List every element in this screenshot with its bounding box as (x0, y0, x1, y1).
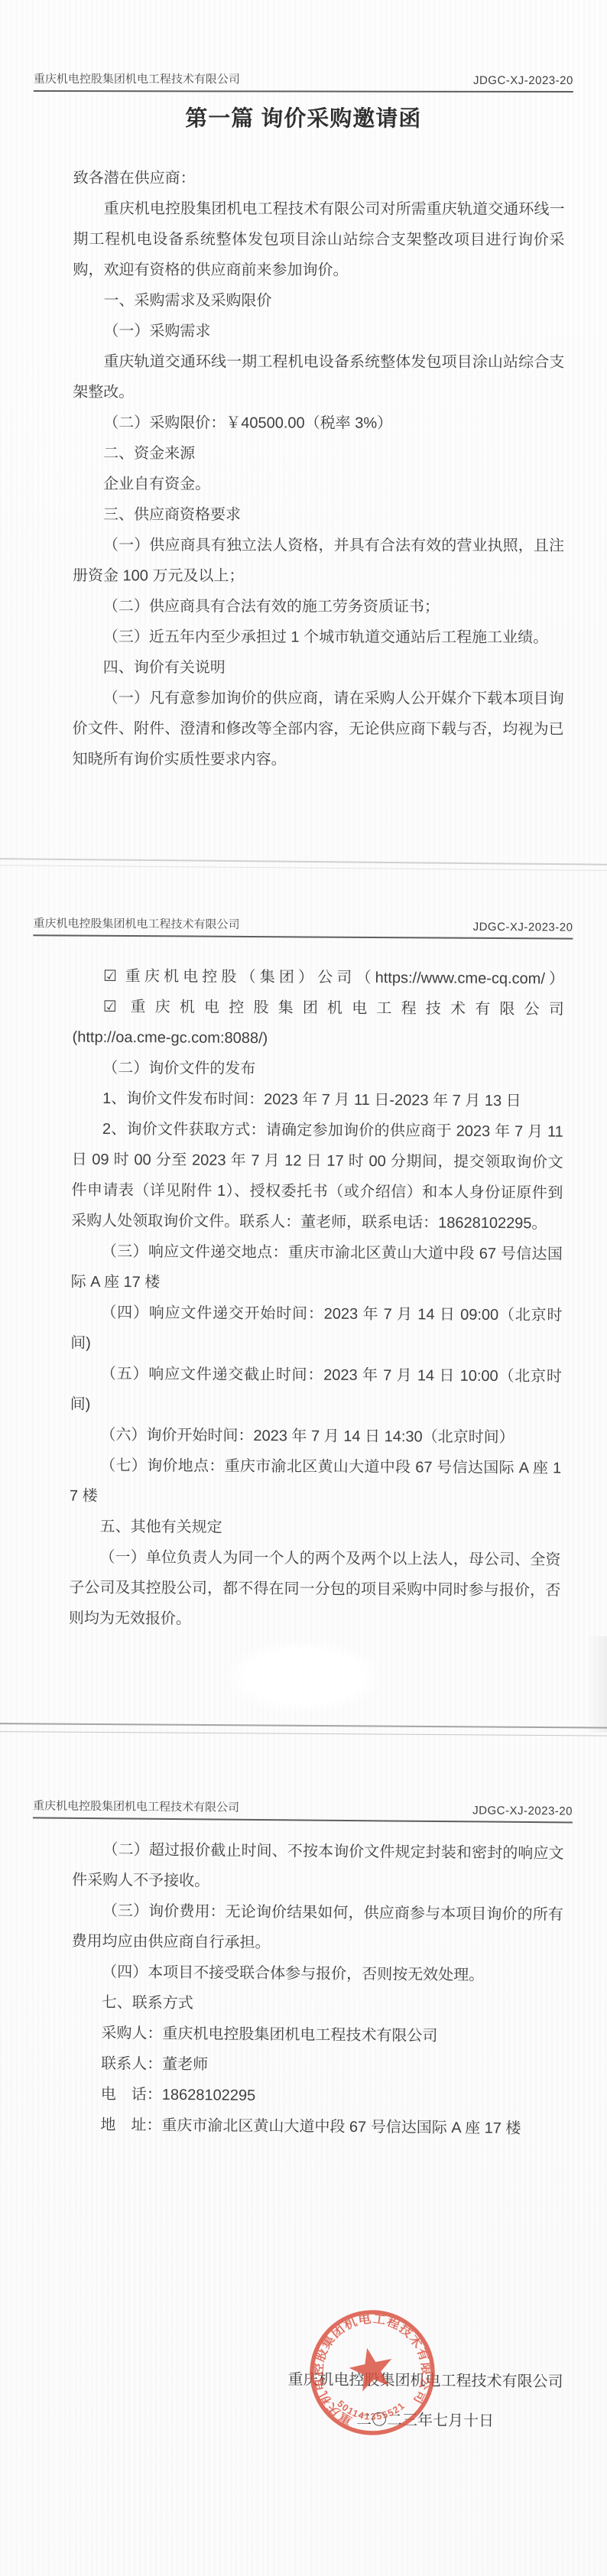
paragraph: （七）询价地点：重庆市渝北区黄山大道中段 67 号信达国际 A 座 17 楼 (70, 1450, 561, 1515)
page-3-body: （二）超过报价截止时间、不按本询价文件规定封装和密封的响应文件采购人不予接收。（… (0, 1834, 606, 2145)
paragraph: 联系人：董老师 (70, 2048, 562, 2084)
header-doc-number: JDGC-XJ-2023-20 (473, 921, 573, 934)
paragraph: 采购人：重庆机电控股集团机电工程技术有限公司 (70, 2018, 562, 2053)
header-doc-number: JDGC-XJ-2023-20 (472, 1804, 573, 1817)
scan-light-spot (229, 1642, 378, 1711)
paragraph: 三、供应商资格要求 (73, 499, 564, 531)
paragraph: ☑ 重庆机电控股集团机电工程技术有限公司 (73, 992, 564, 1025)
page-2-header: 重庆机电控股集团机电工程技术有限公司 JDGC-XJ-2023-20 (33, 861, 573, 939)
paragraph: （六）询价开始时间：2023 年 7 月 14 日 14:30（北京时间） (70, 1420, 561, 1454)
signature-company: 重庆机电控股集团机电工程技术有限公司 (272, 2360, 578, 2402)
paragraph: ☑ 重庆机电控股（集团）公司（https://www.cme-cq.com/） (73, 961, 564, 995)
paragraph: (http://oa.cme-gc.com:8088/) (72, 1022, 563, 1056)
paragraph: 致各潜在供应商： (73, 163, 565, 194)
signature-block: 重庆机电控股集团机电工程技术有限公司 二〇二三年七月十日 (272, 2360, 579, 2441)
paragraph: 企业自有资金。 (73, 469, 564, 500)
paragraph: （二）采购限价：￥40500.00（税率 3%） (73, 408, 564, 439)
scanned-document: 重庆机电控股集团机电工程技术有限公司 JDGC-XJ-2023-20 第一篇 询… (0, 0, 607, 2576)
page-2-body: ☑ 重庆机电控股（集团）公司（https://www.cme-cq.com/）☑… (0, 960, 606, 1637)
paragraph: 四、询价有关说明 (73, 652, 564, 684)
paragraph: （二）询价文件的发布 (72, 1053, 563, 1087)
paragraph: 重庆轨道交通环线一期工程机电设备系统整体发包项目涂山站综合支架整改。 (73, 346, 564, 408)
paragraph: （一）采购需求 (73, 316, 564, 347)
paragraph: 2、询价文件获取方式：请确定参加询价的供应商于 2023 年 7 月 11 日 … (71, 1114, 563, 1239)
paragraph: 一、采购需求及采购限价 (73, 285, 564, 317)
page-1-body: 致各潜在供应商：重庆机电控股集团机电工程技术有限公司对所需重庆轨道交通环线一期工… (0, 163, 607, 775)
paragraph: 二、资金来源 (73, 438, 564, 469)
page-1: 重庆机电控股集团机电工程技术有限公司 JDGC-XJ-2023-20 第一篇 询… (0, 0, 607, 861)
paragraph: （一）供应商具有独立法人资格，并具有合法有效的营业执照，且注册资金 100 万元… (73, 530, 564, 592)
paragraph: 1、询价文件发布时间：2023 年 7 月 11 日-2023 年 7 月 13… (72, 1083, 563, 1117)
paragraph: （二）超过报价截止时间、不按本询价文件规定封装和密封的响应文件采购人不予接收。 (72, 1834, 564, 1900)
paragraph: （五）响应文件递交截止时间：2023 年 7 月 14 日 10:00（北京时间… (70, 1359, 562, 1423)
paragraph: 电 话：18628102295 (70, 2079, 562, 2114)
scan-edge-shadow (587, 1636, 607, 1733)
paragraph: （二）供应商具有合法有效的施工劳务资质证书； (73, 591, 564, 622)
paragraph: （一）单位负责人为同一个人的两个及两个以上法人，母公司、全资子公司及其控股公司，… (69, 1542, 561, 1637)
paragraph: 五、其他有关规定 (70, 1512, 561, 1545)
signature-date: 二〇二三年七月十日 (272, 2399, 578, 2441)
paragraph: 地 址：重庆市渝北区黄山大道中段 67 号信达国际 A 座 17 楼 (70, 2110, 561, 2145)
document-title: 第一篇 询价采购邀请函 (0, 101, 607, 133)
page-1-header: 重庆机电控股集团机电工程技术有限公司 JDGC-XJ-2023-20 (34, 0, 573, 93)
header-company-name: 重庆机电控股集团机电工程技术有限公司 (33, 914, 239, 932)
paragraph: 重庆机电控股集团机电工程技术有限公司对所需重庆轨道交通环线一期工程机电设备系统整… (73, 193, 564, 286)
page-3-header: 重庆机电控股集团机电工程技术有限公司 JDGC-XJ-2023-20 (33, 1725, 573, 1823)
paragraph: （三）询价费用：无论询价结果如何，供应商参与本项目询价的所有费用均应由供应商自行… (71, 1895, 563, 1961)
paragraph: 七、联系方式 (71, 1987, 563, 2022)
header-doc-number: JDGC-XJ-2023-20 (473, 74, 573, 87)
header-company-name: 重庆机电控股集团机电工程技术有限公司 (33, 1797, 239, 1814)
paragraph: （三）近五年内至少承担过 1 个城市轨道交通站后工程施工业绩。 (73, 622, 564, 653)
paragraph: （一）凡有意参加询价的供应商，请在采购人公开媒介下载本项目询价文件、附件、澄清和… (73, 683, 564, 775)
page-2: 重庆机电控股集团机电工程技术有限公司 JDGC-XJ-2023-20 ☑ 重庆机… (0, 861, 607, 1725)
paragraph: （三）响应文件递交地点：重庆市渝北区黄山大道中段 67 号信达国际 A 座 17… (71, 1236, 563, 1301)
page-3: 重庆机电控股集团机电工程技术有限公司 JDGC-XJ-2023-20 （二）超过… (0, 1725, 607, 2576)
paragraph: （四）本项目不接受联合体参与报价，否则按无效处理。 (71, 1957, 563, 1992)
header-company-name: 重庆机电控股集团机电工程技术有限公司 (34, 70, 240, 86)
paragraph: （四）响应文件递交开始时间：2023 年 7 月 14 日 09:00（北京时间… (70, 1298, 562, 1362)
